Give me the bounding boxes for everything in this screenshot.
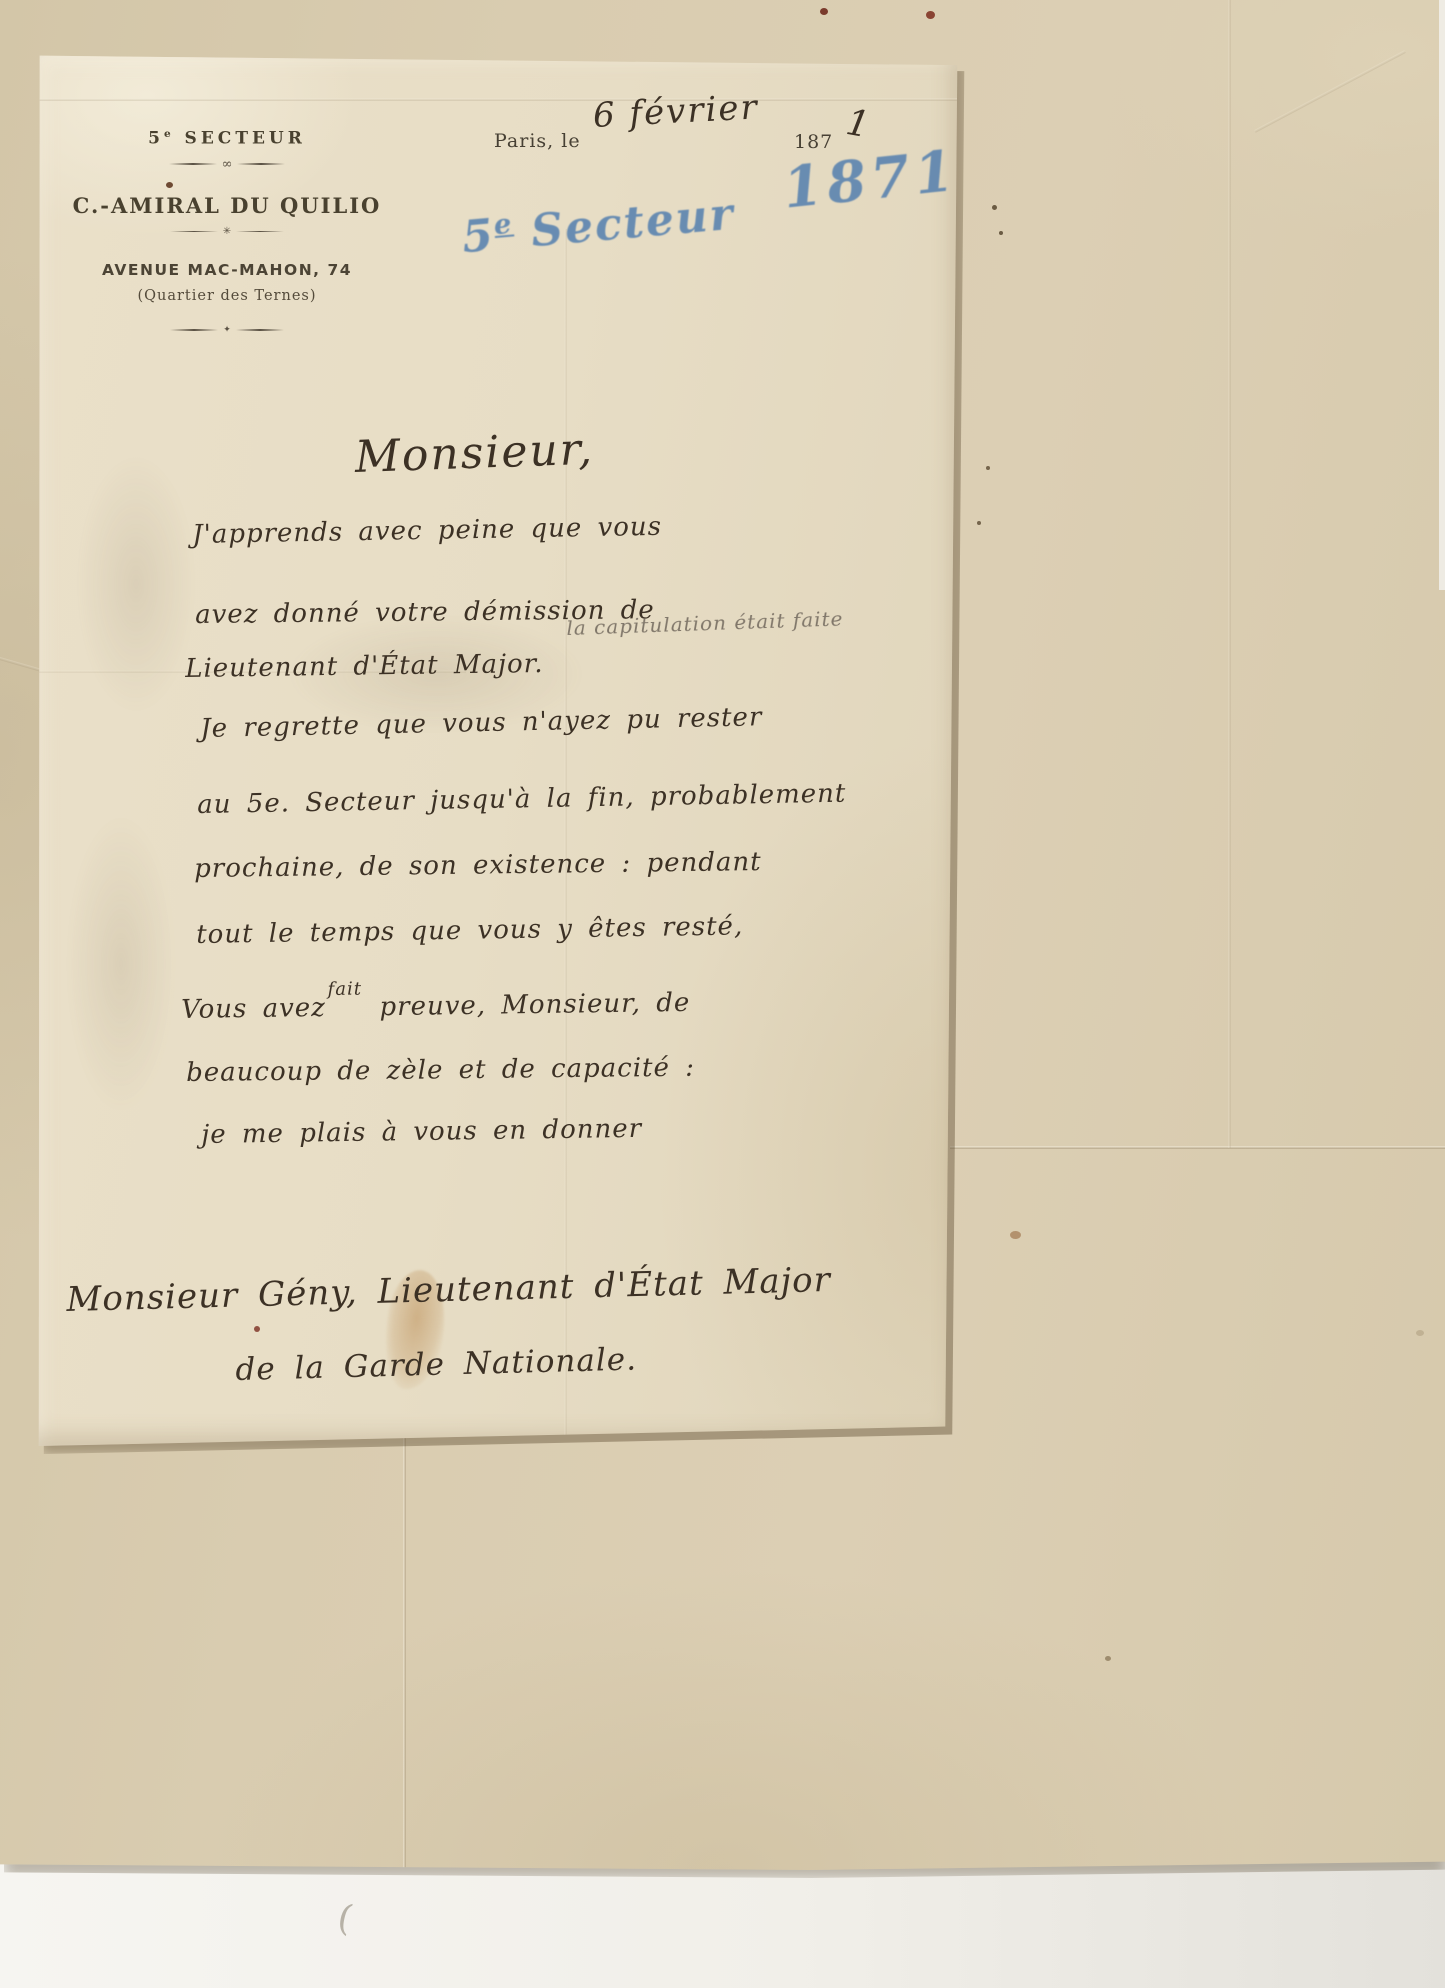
pinhole xyxy=(992,205,997,210)
body-line-pre: Vous avez xyxy=(181,993,326,1025)
sector-number: 5 xyxy=(148,129,164,149)
show-through xyxy=(76,454,196,714)
ornament-line xyxy=(236,231,284,233)
stain xyxy=(820,8,828,15)
pinhole xyxy=(999,231,1003,235)
letter-sheet: 5e SECTEUR ∞ C.-AMIRAL DU QUILIO ✳ AVENU… xyxy=(36,54,961,1446)
inserted-word: fait xyxy=(327,978,362,999)
pencil-mark: ( xyxy=(334,1897,356,1940)
dateline-printed-year: 187 xyxy=(794,131,833,153)
ornament-line xyxy=(237,163,285,165)
ornament-glyph: ✦ xyxy=(223,326,231,335)
body-line: avez donné votre démission de xyxy=(195,595,655,630)
ornament-glyph: ✳ xyxy=(223,227,231,237)
crease xyxy=(1254,50,1406,132)
ornament-line xyxy=(170,329,218,331)
ornament-divider-icon: ✦ xyxy=(72,326,382,335)
crease xyxy=(950,1146,1445,1149)
body-line: beaucoup de zèle et de capacité : xyxy=(186,1053,695,1088)
pinhole xyxy=(977,521,981,525)
ornament-line xyxy=(236,329,284,331)
ornament-divider-icon: ∞ xyxy=(72,158,382,171)
letterhead-street: AVENUE MAC-MAHON, 74 xyxy=(72,261,382,279)
letterhead-name: C.-AMIRAL DU QUILIO xyxy=(72,193,382,218)
show-through xyxy=(66,814,176,1114)
body-line-post: preuve, Monsieur, de xyxy=(379,988,690,1022)
stain xyxy=(1105,1656,1111,1661)
body-line: Lieutenant d'État Major. xyxy=(185,649,544,684)
ornament-line xyxy=(169,163,217,165)
salutation: Monsieur, xyxy=(354,424,595,483)
sector-superscript: e xyxy=(164,128,175,140)
scanned-letter: 5e SECTEUR ∞ C.-AMIRAL DU QUILIO ✳ AVENU… xyxy=(0,0,1445,1988)
letterhead: 5e SECTEUR ∞ C.-AMIRAL DU QUILIO ✳ AVENU… xyxy=(72,128,382,335)
ornament-glyph: ∞ xyxy=(222,158,233,171)
dateline-printed-city: Paris, le xyxy=(494,130,581,152)
stain xyxy=(926,11,935,19)
letterhead-sector: 5e SECTEUR xyxy=(72,128,382,149)
crease xyxy=(1228,0,1231,1148)
letterhead-district: (Quartier des Ternes) xyxy=(72,288,382,304)
paper-edge-highlight xyxy=(1439,0,1445,590)
sector-label: SECTEUR xyxy=(175,129,306,149)
stain xyxy=(254,1326,260,1332)
blue-sector-number: 5 xyxy=(460,210,497,264)
ornament-line xyxy=(170,231,218,233)
stain xyxy=(1010,1231,1021,1239)
ornament-divider-icon: ✳ xyxy=(72,227,382,237)
stain xyxy=(1416,1330,1424,1336)
pinhole xyxy=(986,466,990,470)
crease xyxy=(564,229,567,1444)
body-line: je me plais à vous en donner xyxy=(201,1114,642,1150)
crease xyxy=(403,1428,406,1870)
crease xyxy=(36,98,961,101)
